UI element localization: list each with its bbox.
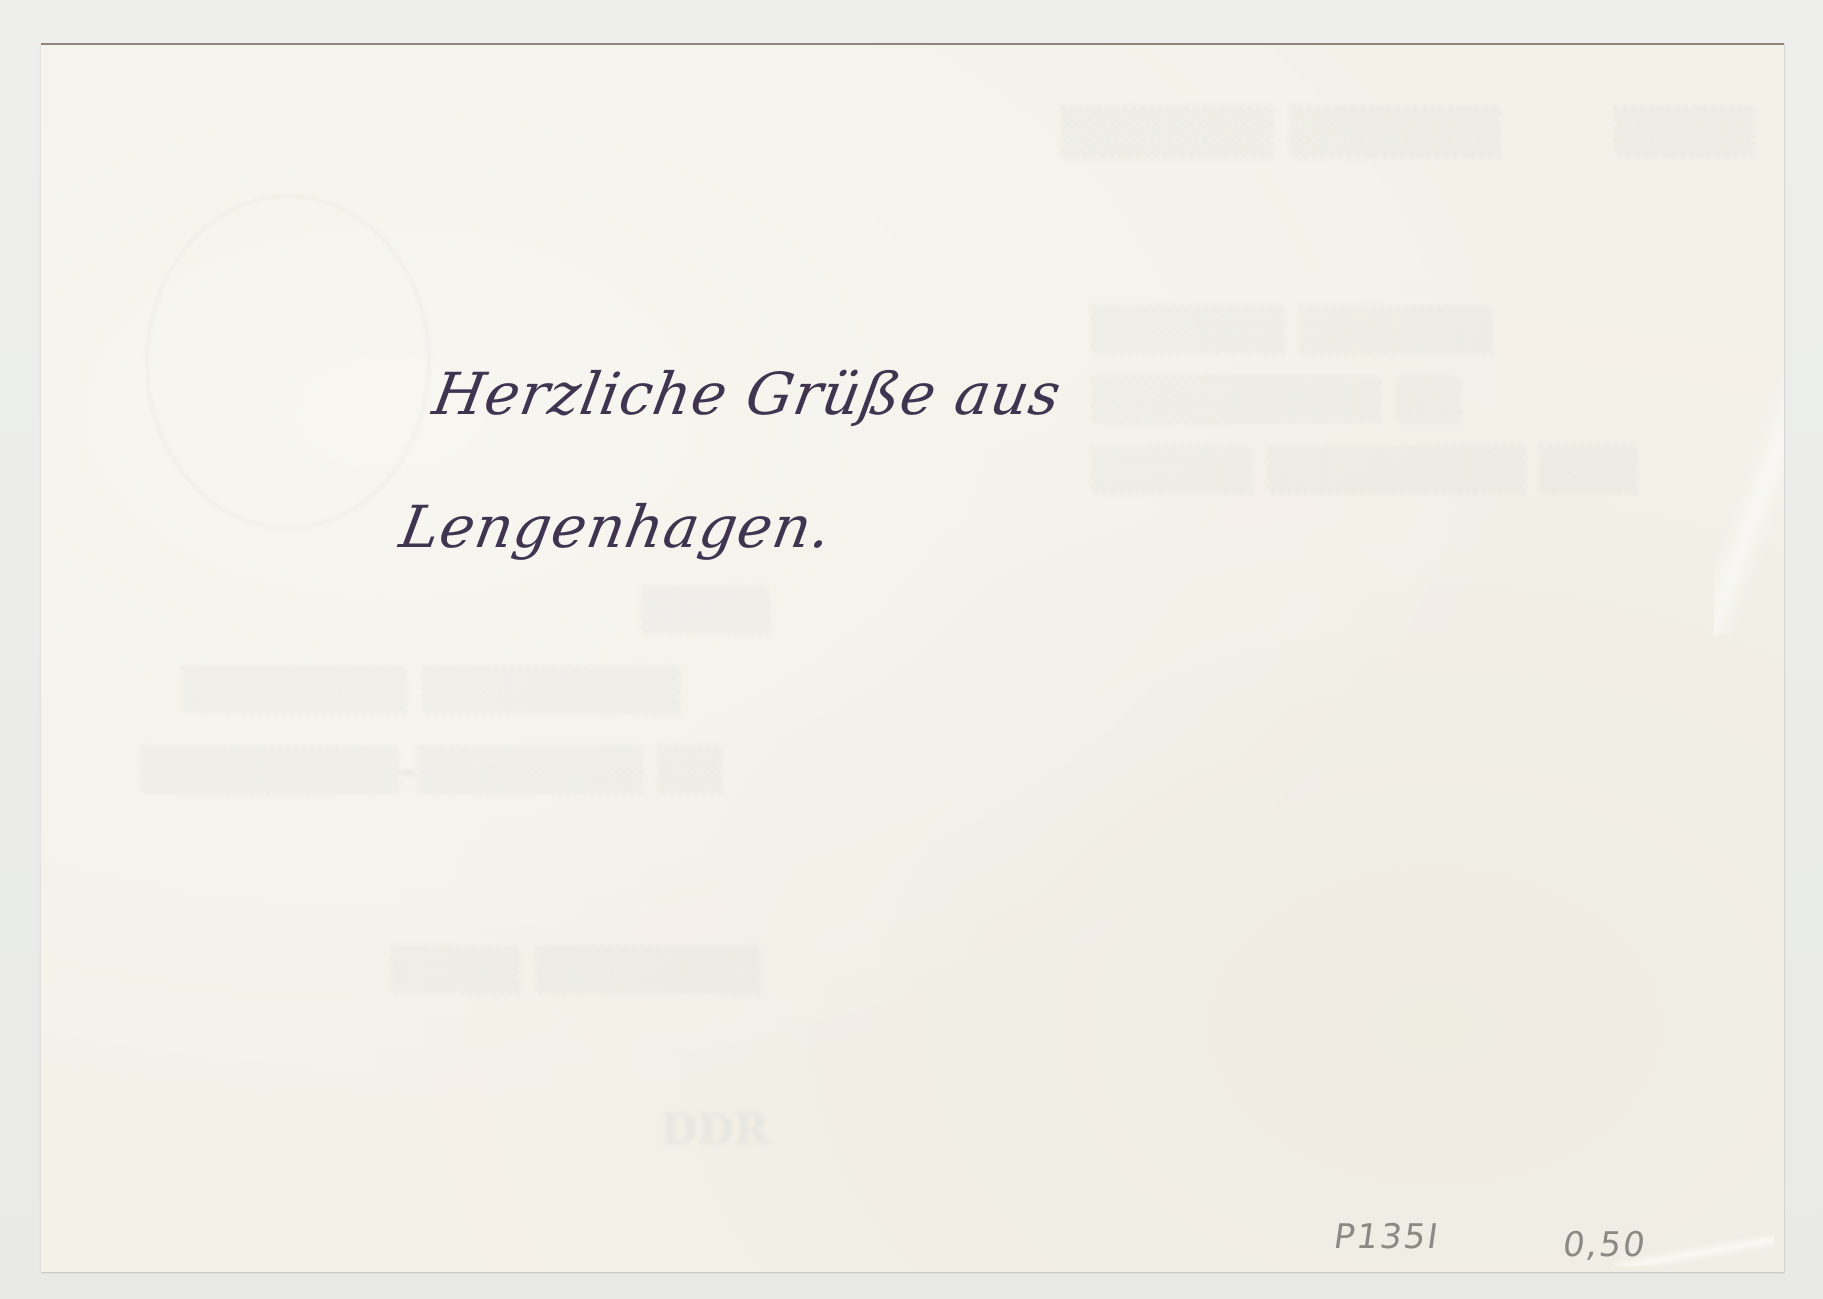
show-through-address: ▒▒▒▒▒▒▒▒-▒▒▒▒▒▒▒ ▒▒ [141,745,722,794]
show-through-line: ▒▒▒▒▒▒ ▒▒▒▒▒▒ [1091,305,1493,354]
show-through-line: ▒▒▒▒▒▒▒▒▒ ▒▒ [1091,375,1461,424]
paper-crease [1714,375,1784,635]
show-through-address: ▒▒▒▒ [641,585,770,634]
postcard: ▒▒▒▒▒▒ ▒▒▒▒▒▒ ▒▒▒▒ ▒▒▒▒▒▒ ▒▒▒▒▒▒ ▒▒▒▒▒▒▒… [41,43,1784,1272]
show-through-header: ▒▒▒▒▒▒ ▒▒▒▒▒▒ ▒▒▒▒ [1061,105,1755,159]
corner-bend [1614,1236,1774,1266]
pencil-catalog-code: P135I [1331,1217,1442,1257]
postmark-ghost [146,195,430,529]
show-through-address: ▒▒▒▒▒▒▒ ▒▒▒▒▒▒▒▒ [181,665,680,714]
show-through-address: DDR [661,1105,769,1154]
show-through-line: ▒▒▒▒▒ ▒▒▒▒▒▒▒▒ ▒▒▒ [1091,445,1637,494]
handwritten-message-line-1: Herzliche Grüße aus [428,360,1066,428]
handwritten-message-line-2: Lengenhagen. [395,493,837,561]
show-through-address: ▒▒▒▒ ▒▒▒▒▒▒▒ [391,945,761,994]
